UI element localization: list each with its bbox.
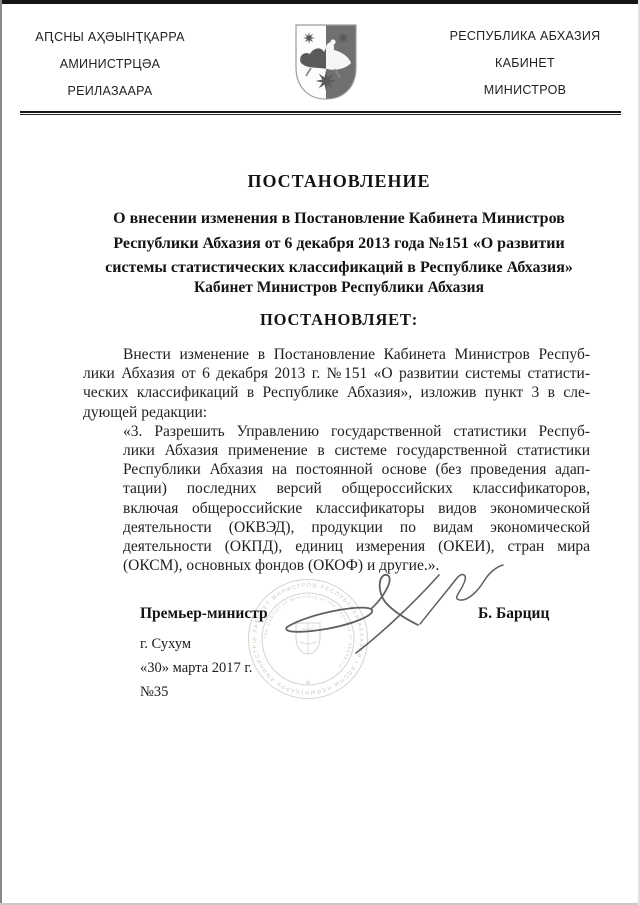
body-line: тации) последних версий общероссийских к… xyxy=(123,479,590,498)
body-line: Внести изменение в Постановление Кабинет… xyxy=(83,345,590,364)
stamp-star-icon: ✳ xyxy=(305,679,311,687)
date-line: «30» марта 2017 г. xyxy=(140,660,252,677)
body-line: деятельности (ОКВЭД), продукции по видам… xyxy=(123,518,590,537)
decree-body: Внести изменение в Постановление Кабинет… xyxy=(83,345,590,575)
body-line: дующей редакции: xyxy=(83,403,590,422)
body-line: Республики Абхазия на постоянной основе … xyxy=(123,460,590,479)
handwritten-signature xyxy=(272,553,504,671)
header-org-abkhaz-line-3: РЕИЛАЗААРА xyxy=(30,78,190,105)
doc-number-line: №35 xyxy=(140,684,168,701)
header-org-russian: РЕСПУБЛИКА АБХАЗИЯ КАБИНЕТ МИНИСТРОВ xyxy=(440,23,610,104)
signatory-name: Б. Барциц xyxy=(478,605,549,623)
scan-edge-left xyxy=(0,0,2,905)
decree-document-page: АԤСНЫ АҲӘЫНҬҚАРРА АМИНИСТРЦӘА РЕИЛАЗААРА… xyxy=(0,0,640,905)
doc-subject-line-3: системы статистических классификаций в Р… xyxy=(56,256,622,281)
header-org-abkhaz: АԤСНЫ АҲӘЫНҬҚАРРА АМИНИСТРЦӘА РЕИЛАЗААРА xyxy=(30,24,190,105)
header-org-russian-line-1: РЕСПУБЛИКА АБХАЗИЯ xyxy=(440,23,610,50)
header-divider-rule xyxy=(20,111,621,115)
doc-subject: О внесении изменения в Постановление Каб… xyxy=(56,207,622,281)
header-org-russian-line-3: МИНИСТРОВ xyxy=(440,77,610,104)
signatory-post-title: Премьер-министр xyxy=(140,605,268,623)
body-line: лики Абхазия от 6 декабря 2013 г. №151 «… xyxy=(83,364,590,383)
header-org-russian-line-2: КАБИНЕТ xyxy=(440,50,610,77)
body-line: лики Абхазия применение в системе госуда… xyxy=(123,441,590,460)
enacting-phrase: ПОСТАНОВЛЯЕТ: xyxy=(56,310,622,330)
abkhazia-coat-of-arms-icon xyxy=(293,23,359,101)
header-org-abkhaz-line-1: АԤСНЫ АҲӘЫНҬҚАРРА xyxy=(30,24,190,51)
doc-subject-line-1: О внесении изменения в Постановление Каб… xyxy=(56,207,622,232)
header-org-abkhaz-line-2: АМИНИСТРЦӘА xyxy=(30,51,190,78)
body-line: «3. Разрешить Управлению государственной… xyxy=(123,422,590,441)
body-paragraph-1: Внести изменение в Постановление Кабинет… xyxy=(83,345,590,422)
scan-edge-top xyxy=(0,0,640,4)
doc-subject-line-2: Республики Абхазия от 6 декабря 2013 год… xyxy=(56,232,622,257)
body-line: ческих классификаций в Республике Абхази… xyxy=(83,383,590,402)
doc-type-title: ПОСТАНОВЛЕНИЕ xyxy=(56,171,622,192)
issuing-body-line: Кабинет Министров Республики Абхазия xyxy=(56,279,622,297)
body-line: включая общероссийские классификаторы ви… xyxy=(123,499,590,518)
place-line: г. Сухум xyxy=(140,636,191,653)
